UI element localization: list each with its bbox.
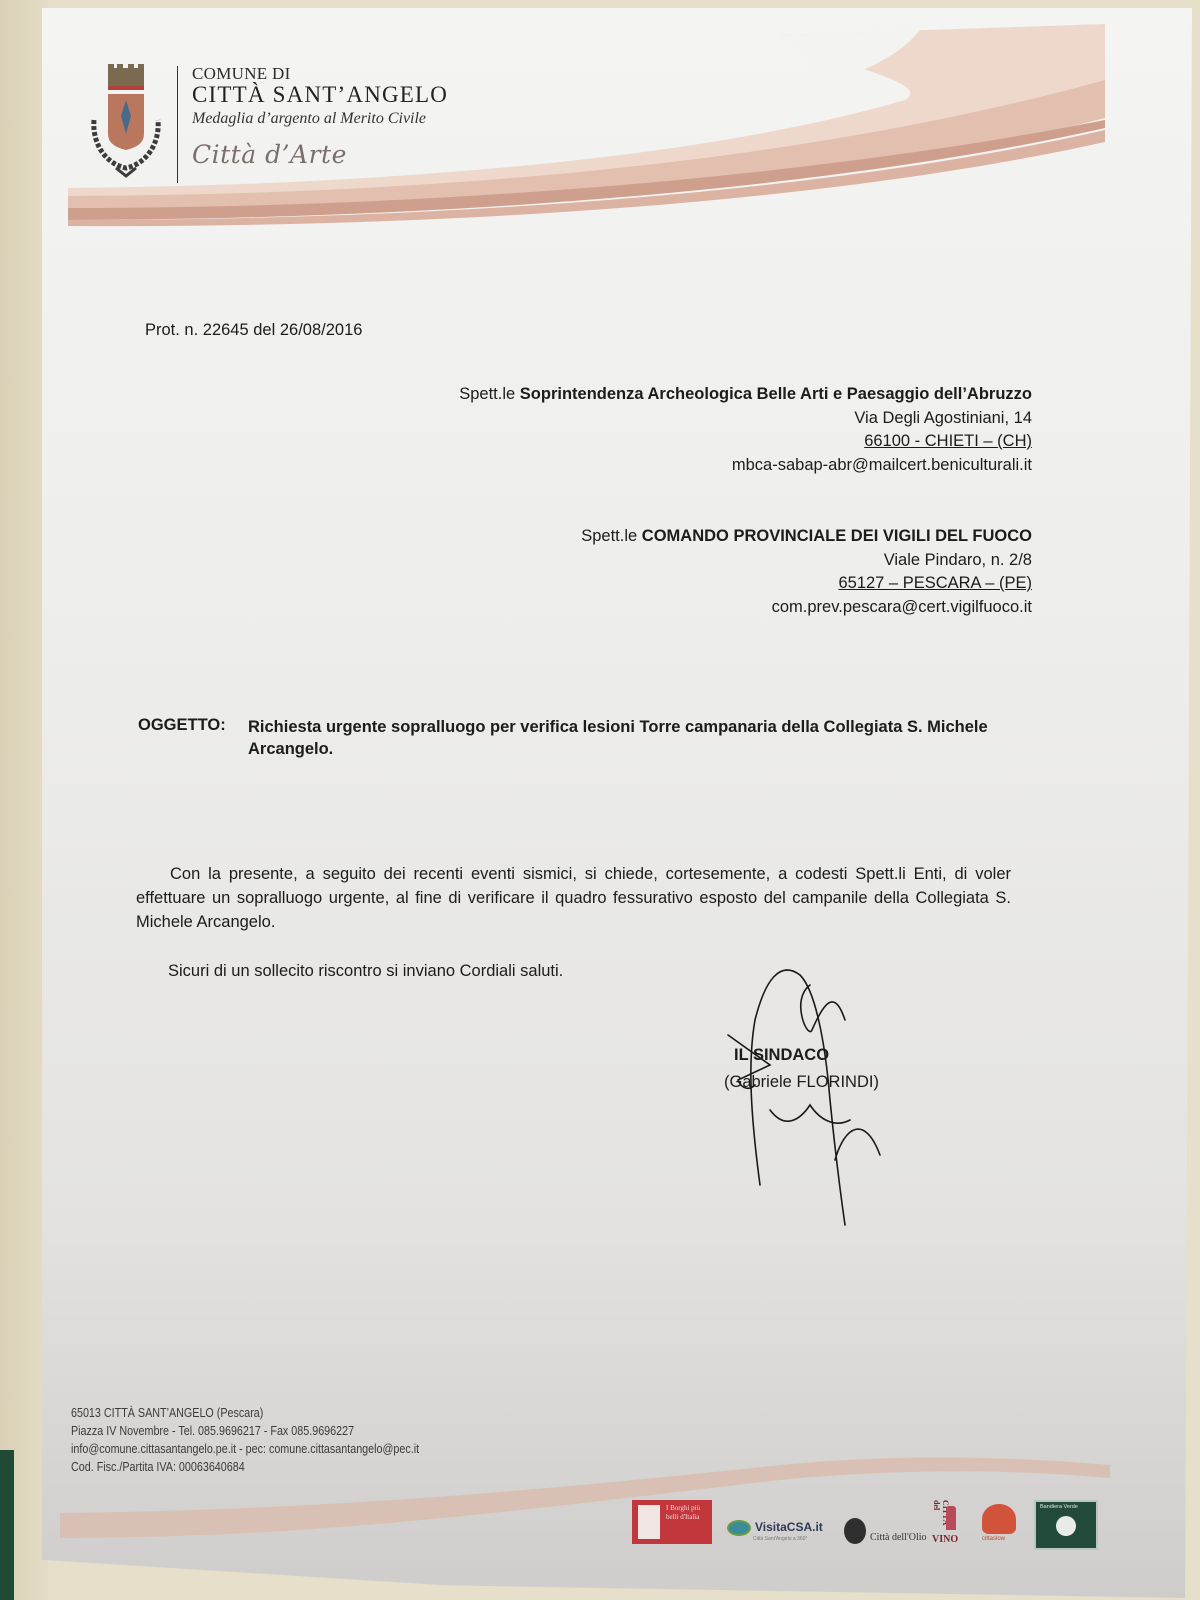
borghi-logo: I Borghi più belli d'Italia — [632, 1500, 712, 1544]
closing-line: Sicuri di un sollecito riscontro si invi… — [168, 962, 563, 981]
cittaslow-label: cittaslow — [982, 1536, 1005, 1542]
wine-glass-icon — [946, 1506, 956, 1530]
visitcsa-logo: VisitaCSA.it Città Sant'Angelo a 360° — [727, 1520, 823, 1542]
child-icon — [1056, 1516, 1076, 1536]
recipient-street: Via Degli Agostiniani, 14 — [459, 407, 1032, 431]
recipient-email[interactable]: mbca-sabap-abr@mailcert.beniculturali.it — [459, 454, 1032, 478]
citta-vino-label: VINO — [932, 1534, 958, 1545]
municipal-crest-icon — [86, 64, 164, 180]
letterhead-city-name: CITTÀ SANT’ANGELO — [192, 82, 448, 108]
body-paragraph: Con la presente, a seguito dei recenti e… — [136, 862, 1011, 934]
borghi-logo-label: I Borghi più belli d'Italia — [666, 1504, 712, 1522]
footer-logos: I Borghi più belli d'Italia VisitaCSA.it… — [632, 1500, 1097, 1560]
subject-text: Richiesta urgente sopralluogo per verifi… — [248, 716, 1008, 760]
recipient-city: 66100 - CHIETI – (CH) — [459, 430, 1032, 454]
bandiera-verde-logo: Bandiera Verde — [1034, 1500, 1098, 1550]
protocol-number: Prot. n. 22645 del 26/08/2016 — [145, 321, 362, 340]
signature-title: IL SINDACO — [734, 1046, 829, 1065]
recipient-block: Spett.le COMANDO PROVINCIALE DEI VIGILI … — [581, 525, 1032, 619]
signature-name: (Gabriele FLORINDI) — [724, 1073, 879, 1092]
letterhead-tagline: Città d’Arte — [192, 140, 347, 169]
recipient-email[interactable]: com.prev.pescara@cert.vigilfuoco.it — [581, 596, 1032, 620]
subject-label: OGGETTO: — [138, 716, 226, 735]
recipient-name: Soprintendenza Archeologica Belle Arti e… — [520, 385, 1032, 403]
handwritten-signature-icon — [728, 970, 880, 1225]
visitcsa-label: VisitaCSA.it — [755, 1520, 823, 1534]
footer-tax-id: Cod. Fisc./Partita IVA: 00063640684 — [71, 1460, 245, 1474]
letterhead-medal: Medaglia d’argento al Merito Civile — [192, 110, 426, 128]
recipient-prefix: Spett.le — [581, 527, 637, 545]
footer-contacts: Piazza IV Novembre - Tel. 085.9696217 - … — [71, 1424, 354, 1438]
recipient-city: 65127 – PESCARA – (PE) — [581, 572, 1032, 596]
olive-icon — [844, 1518, 866, 1544]
cittaslow-logo: cittaslow — [982, 1504, 1016, 1534]
citta-olio-label: Città dell'Olio — [870, 1532, 927, 1543]
eye-icon — [727, 1520, 751, 1536]
footer-address: 65013 CITTÀ SANT’ANGELO (Pescara) — [71, 1406, 263, 1420]
letterhead-comune-di: COMUNE DI — [192, 64, 291, 84]
letterhead-bands — [0, 0, 1200, 1600]
visitcsa-sub: Città Sant'Angelo a 360° — [753, 1536, 823, 1542]
recipient-prefix: Spett.le — [459, 385, 515, 403]
bandiera-verde-label: Bandiera Verde — [1040, 1504, 1078, 1510]
header-divider — [177, 66, 178, 183]
recipient-block: Spett.le Soprintendenza Archeologica Bel… — [459, 383, 1032, 477]
recipient-street: Viale Pindaro, n. 2/8 — [581, 549, 1032, 573]
footer-emails[interactable]: info@comune.cittasantangelo.pe.it - pec:… — [71, 1442, 419, 1456]
tower-icon — [638, 1505, 660, 1539]
recipient-name: COMANDO PROVINCIALE DEI VIGILI DEL FUOCO — [642, 527, 1032, 545]
